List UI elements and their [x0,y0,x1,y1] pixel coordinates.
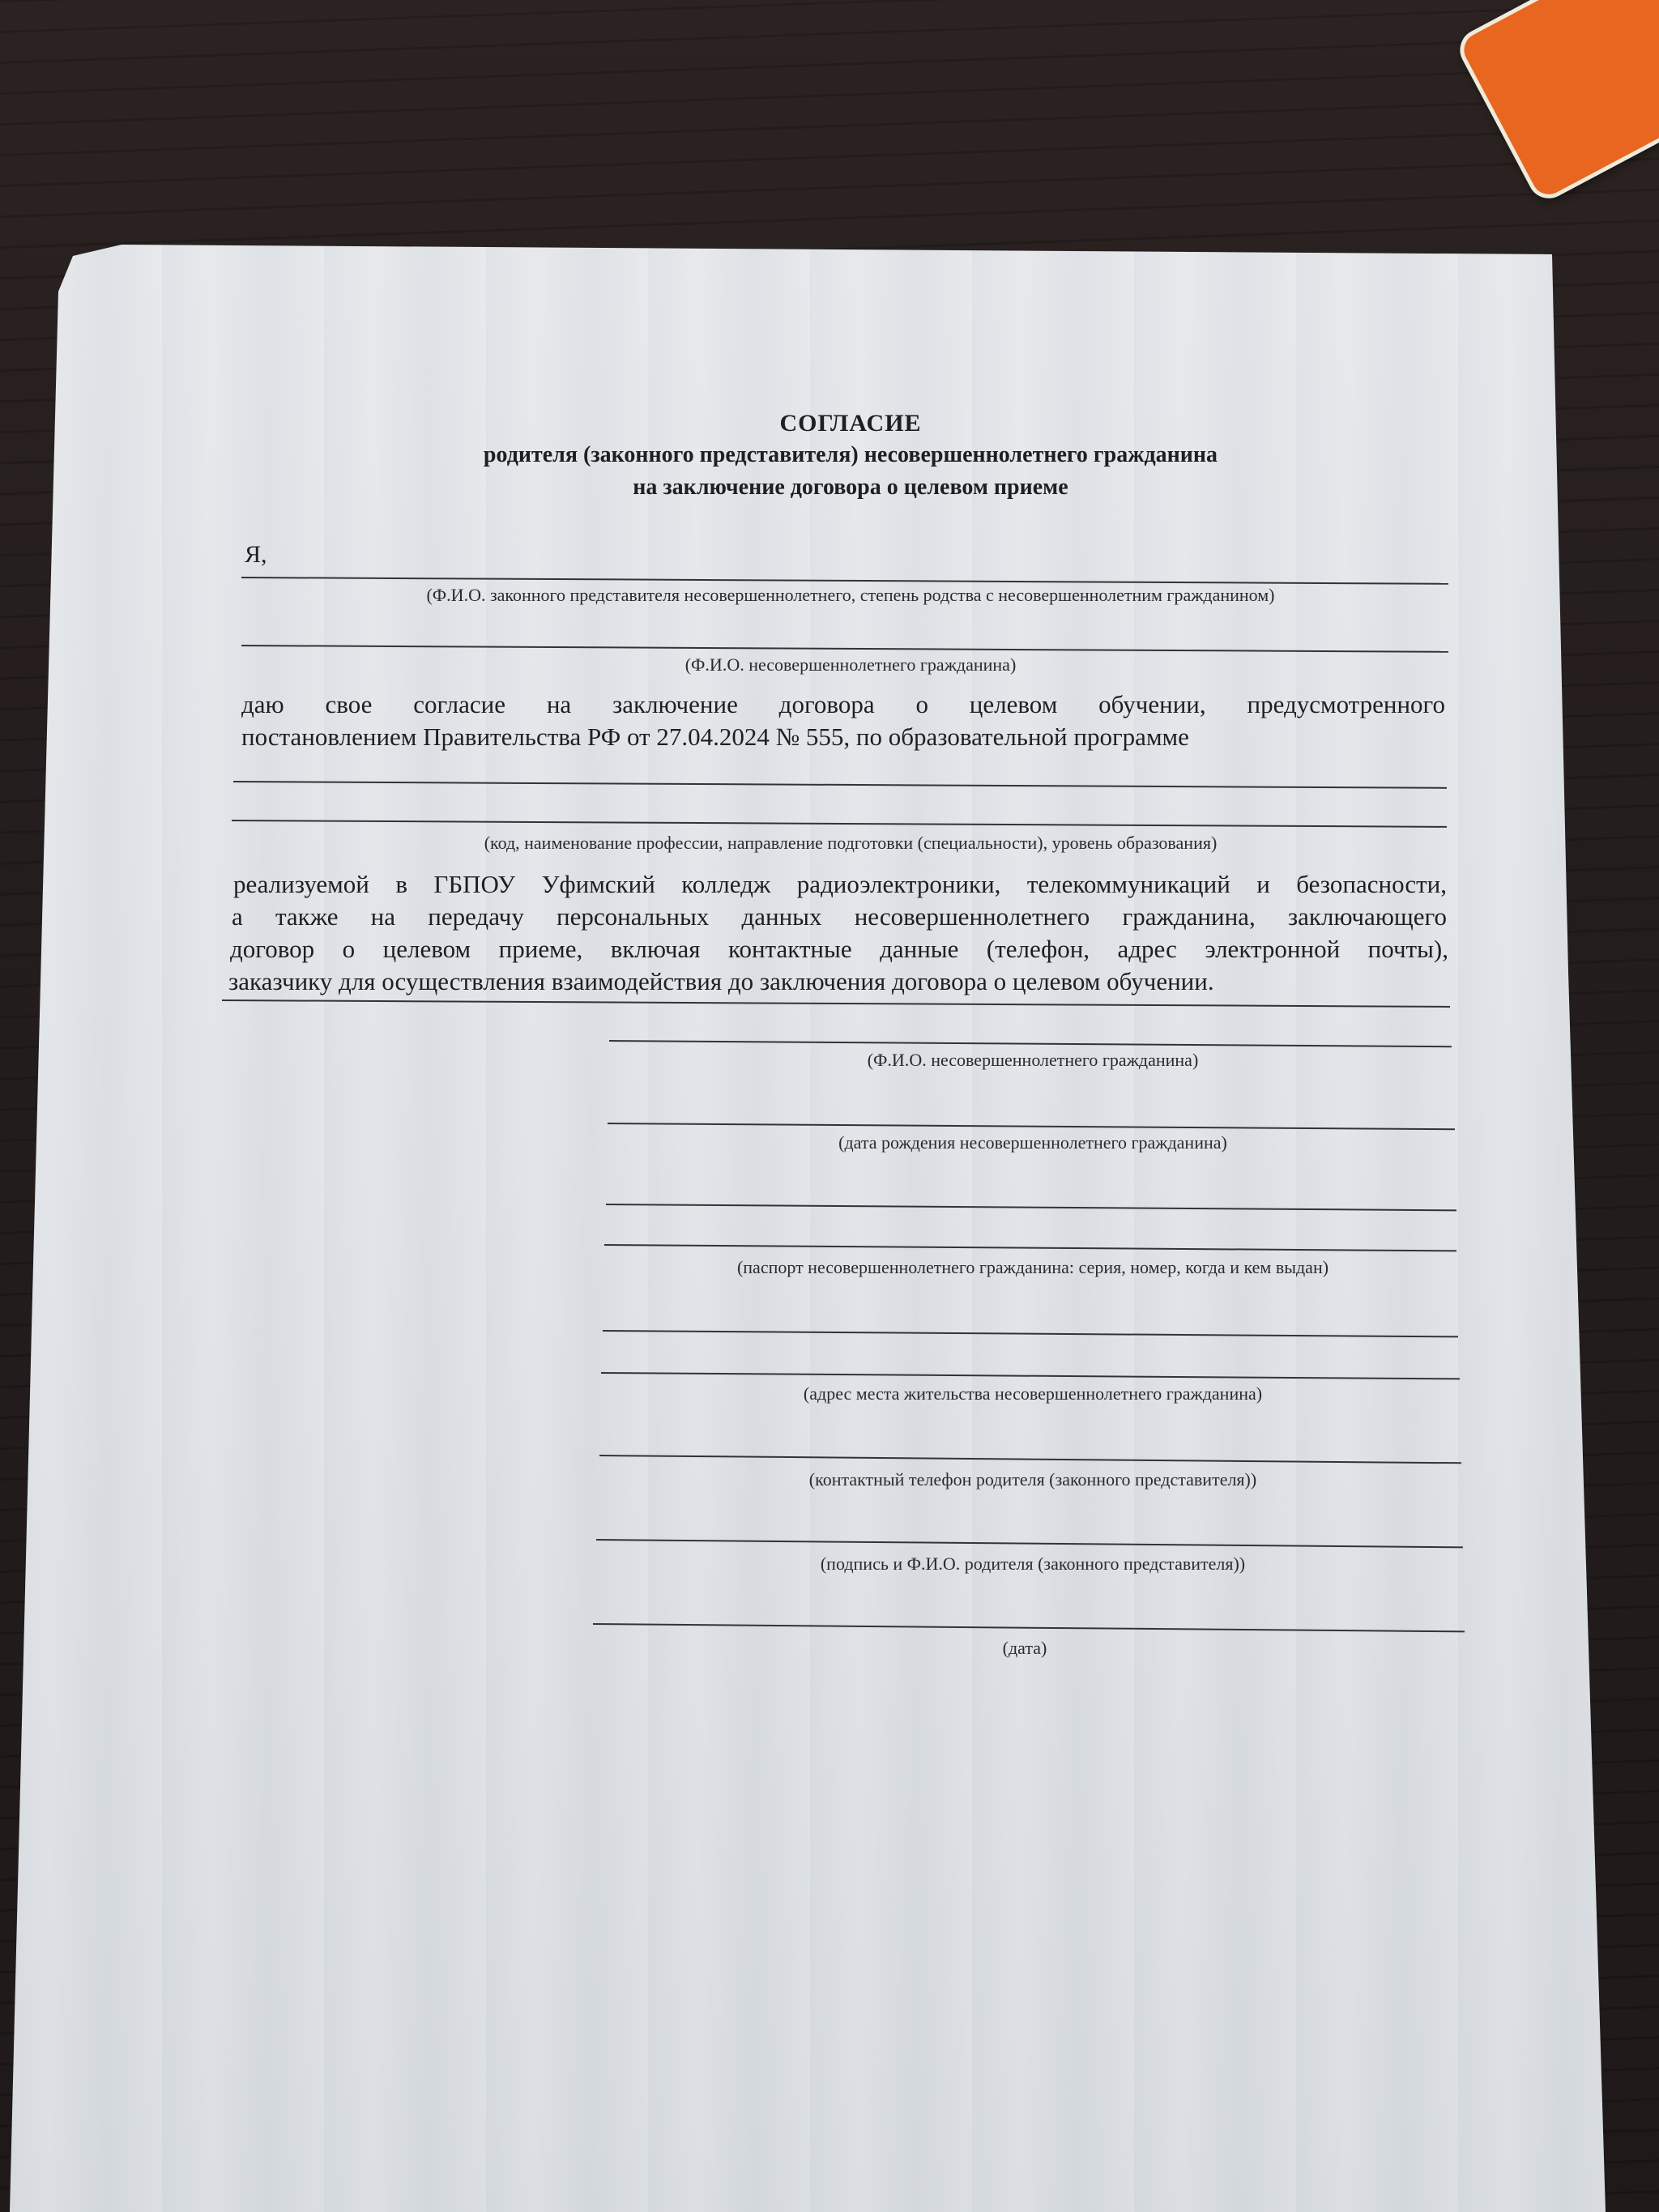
signature-caption: (подпись и Ф.И.О. родителя (законного пр… [608,1554,1458,1575]
passport-caption: (паспорт несовершеннолетнего гражданина:… [608,1257,1458,1278]
transfer-line-2: а также на передачу персональных данных … [232,901,1447,933]
paragraph-underline [222,999,1450,1008]
program-field-1[interactable] [233,781,1447,789]
program-field-2[interactable] [232,820,1447,828]
transfer-line-3: договор о целевом приеме, включая контак… [230,933,1448,965]
minor-name-field[interactable] [609,1040,1452,1047]
program-caption: (код, наименование профессии, направлени… [267,833,1434,854]
document-title: СОГЛАСИЕ [664,410,1037,437]
minor-name-top-caption: (Ф.И.О. несовершеннолетнего гражданина) [259,654,1442,676]
birth-date-field[interactable] [608,1123,1455,1130]
date-field[interactable] [593,1623,1465,1632]
document-subtitle-1: родителя (законного представителя) несов… [324,442,1377,468]
consent-document: СОГЛАСИЕ родителя (законного представите… [0,0,1659,2212]
signature-field[interactable] [596,1539,1463,1548]
passport-field-2[interactable] [604,1244,1456,1251]
phone-field[interactable] [599,1455,1461,1464]
document-subtitle-2: на заключение договора о целевом приеме [324,475,1377,501]
date-caption: (дата) [932,1638,1118,1659]
representative-caption: (Ф.И.О. законного представителя несоверш… [259,585,1442,606]
minor-name-top-field[interactable] [241,645,1448,653]
phone-caption: (контактный телефон родителя (законного … [608,1469,1458,1490]
minor-name-caption: (Ф.И.О. несовершеннолетнего гражданина) [616,1050,1450,1071]
consent-line-1: даю свое согласие на заключение договора… [241,688,1445,721]
representative-field[interactable] [241,577,1448,585]
birth-date-caption: (дата рождения несовершеннолетнего гражд… [616,1132,1450,1153]
passport-field-1[interactable] [606,1204,1456,1211]
transfer-line-4: заказчику для осуществления взаимодейств… [228,965,1448,998]
intro-label: Я, [245,541,267,569]
address-caption: (адрес места жительства несовершеннолетн… [608,1383,1458,1404]
address-field-1[interactable] [603,1330,1458,1337]
transfer-line-1: реализуемой в ГБПОУ Уфимский колледж рад… [233,868,1447,901]
consent-line-2: постановлением Правительства РФ от 27.04… [241,721,1445,753]
address-field-2[interactable] [601,1372,1460,1379]
